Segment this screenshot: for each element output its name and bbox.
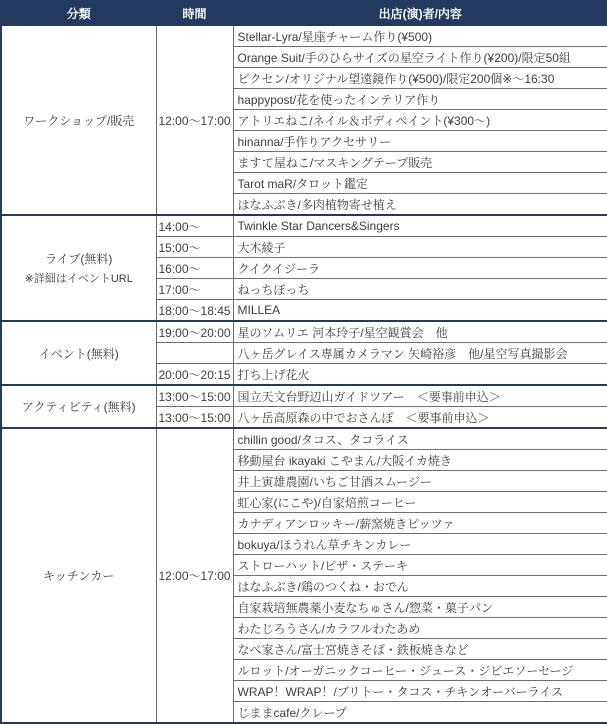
content-cell: カナディアンロッキー/薪窯焼きピッツァ: [233, 513, 607, 534]
content-cell: Stellar-Lyra/星座チャーム作り(¥500): [233, 25, 607, 47]
time-cell: 20:00〜20:15: [156, 364, 233, 386]
content-cell: はなふぶき/鶏のつくね・おでん: [233, 576, 607, 597]
time-cell: [156, 343, 233, 364]
category-cell-event: イベント(無料): [1, 321, 156, 385]
content-cell: クイクイジーラ: [233, 258, 607, 279]
content-cell: Orange Suit/手のひらサイズの星空ライト作り(¥200)/限定50組: [233, 47, 607, 68]
content-cell: ねっちぼっち: [233, 279, 607, 300]
content-cell: ますて屋ねこ/マスキングテープ販売: [233, 152, 607, 173]
content-cell: じままcafe/クレープ: [233, 702, 607, 724]
time-cell: 17:00〜: [156, 279, 233, 300]
time-cell: 16:00〜: [156, 258, 233, 279]
content-cell: 八ヶ岳グレイス専属カメラマン 矢崎裕彦 他/星空写真撮影会: [233, 343, 607, 364]
time-cell: 18:00〜18:45: [156, 300, 233, 322]
content-cell: 八ヶ岳高原森の中でおさんぽ ＜要事前申込＞: [233, 407, 607, 429]
col-header-category: 分類: [1, 1, 156, 25]
table-row: イベント(無料) 19:00〜20:00 星のソムリエ 河本玲子/星空観賞会 他: [1, 321, 607, 343]
content-cell: Twinkle Star Dancers&Singers: [233, 215, 607, 237]
content-cell: アトリエねこ/ネイル＆ボディペイント(¥300〜): [233, 110, 607, 131]
time-cell: 15:00〜: [156, 237, 233, 258]
category-label: ライブ(無料): [6, 250, 152, 267]
content-cell: 国立天文台野辺山ガイドツアー ＜要事前申込＞: [233, 385, 607, 407]
content-cell: ビクセン/オリジナル望遠鏡作り(¥500)/限定200個※〜16:30: [233, 68, 607, 89]
event-schedule-table: 分類 時間 出店(演)者/内容 ワークショップ/販売 12:00〜17:00 S…: [0, 0, 607, 724]
content-cell: bokuya/ほうれん草チキンカレー: [233, 534, 607, 555]
time-cell: 13:00〜15:00: [156, 385, 233, 407]
time-cell: 19:00〜20:00: [156, 321, 233, 343]
content-cell: WRAP！WRAP！/ブリトー・タコス・チキンオーバーライス: [233, 681, 607, 702]
content-cell: 虹心家(にこや)/自家焙煎コーヒー: [233, 492, 607, 513]
content-cell: happypost/花を使ったインテリア作り: [233, 89, 607, 110]
category-cell-workshop: ワークショップ/販売: [1, 25, 156, 215]
content-cell: hinanna/手作りアクセサリー: [233, 131, 607, 152]
content-cell: chillin good/タコス、タコライス: [233, 428, 607, 450]
content-cell: 井上寅雄農園/いちご甘酒スムージー: [233, 471, 607, 492]
content-cell: ルロット/オーガニックコーヒー・ジュース・ジビエソーセージ: [233, 660, 607, 681]
content-cell: 打ち上げ花火: [233, 364, 607, 386]
content-cell: わたじろうさん/カラフルわたあめ: [233, 618, 607, 639]
category-cell-activity: アクティビティ(無料): [1, 385, 156, 428]
time-cell: 12:00〜17:00: [156, 25, 233, 215]
col-header-content: 出店(演)者/内容: [233, 1, 607, 25]
header-row: 分類 時間 出店(演)者/内容: [1, 1, 607, 25]
category-cell-live: ライブ(無料) ※詳細はイベントURL: [1, 215, 156, 321]
content-cell: 自家栽培無農薬小麦なちゅさん/惣菜・菓子パン: [233, 597, 607, 618]
content-cell: Tarot maR/タロット鑑定: [233, 173, 607, 194]
content-cell: 移動屋台 ikayaki こやまん/大阪イカ焼き: [233, 450, 607, 471]
content-cell: 星のソムリエ 河本玲子/星空観賞会 他: [233, 321, 607, 343]
col-header-time: 時間: [156, 1, 233, 25]
content-cell: ストローハット/ピザ・ステーキ: [233, 555, 607, 576]
category-cell-kitchen: キッチンカー: [1, 428, 156, 723]
content-cell: MILLEA: [233, 300, 607, 322]
content-cell: なべ家さん/富士宮焼きそば・鉄板焼きなど: [233, 639, 607, 660]
content-cell: 大木綾子: [233, 237, 607, 258]
table-row: キッチンカー 12:00〜17:00 chillin good/タコス、タコライ…: [1, 428, 607, 450]
time-cell: 14:00〜: [156, 215, 233, 237]
table-row: アクティビティ(無料) 13:00〜15:00 国立天文台野辺山ガイドツアー ＜…: [1, 385, 607, 407]
time-cell: 13:00〜15:00: [156, 407, 233, 429]
table-row: ワークショップ/販売 12:00〜17:00 Stellar-Lyra/星座チャ…: [1, 25, 607, 47]
category-note: ※詳細はイベントURL: [6, 270, 152, 286]
time-cell: 12:00〜17:00: [156, 428, 233, 723]
content-cell: はなふぶき/多肉植物寄せ植え: [233, 194, 607, 216]
table-row: ライブ(無料) ※詳細はイベントURL 14:00〜 Twinkle Star …: [1, 215, 607, 237]
